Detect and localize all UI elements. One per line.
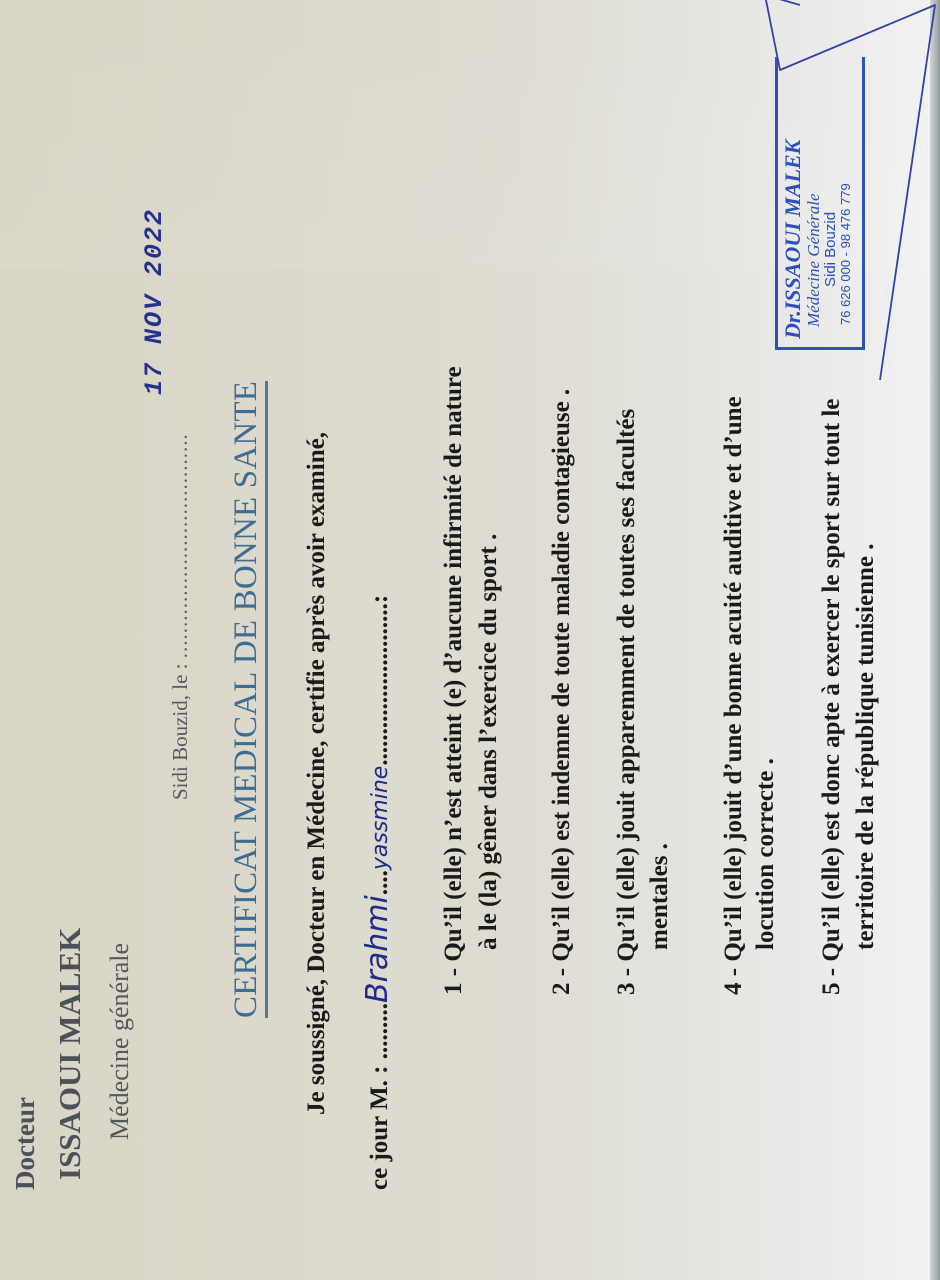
patient-prefix: ce jour M. : <box>366 1066 393 1191</box>
item-1: 1 - Qu’il (elle) n’est atteint (e) d’auc… <box>440 366 468 995</box>
item-text: Qu’il (elle) est donc apte à exercer le … <box>818 399 845 962</box>
patient-trailing: ..........................: <box>366 595 393 766</box>
stamp-phone: 76 626 000 - 98 476 779 <box>838 183 853 325</box>
item-4-continued: locution correcte . <box>752 758 780 950</box>
item-number: 5 - <box>818 968 845 995</box>
place-label: Sidi Bouzid, le : <box>168 664 192 801</box>
certificate-title: CERTIFICAT MEDICAL DE BONNE SANTE <box>228 381 268 1018</box>
patient-line: ce jour M. : .........Brahmi....yassmine… <box>360 595 395 1190</box>
patient-last-name: Brahmi <box>360 895 395 1003</box>
stamp-city: Sidi Bouzid <box>822 212 839 287</box>
handwritten-date: 17 NOV 2022 <box>140 208 169 395</box>
stamp-specialty: Médecine Générale <box>804 193 824 327</box>
item-5: 5 - Qu’il (elle) est donc apte à exercer… <box>818 399 846 995</box>
doctor-specialty: Médecine générale <box>105 943 135 1140</box>
item-1-continued: à le (la) gêner dans l’exercice du sport… <box>475 534 503 950</box>
place-date-line: Sidi Bouzid, le : ......................… <box>168 433 193 800</box>
item-5-continued: territoire de la république tunisienne . <box>852 544 880 950</box>
item-number: 3 - <box>613 968 640 995</box>
item-2: 2 - Qu’il (elle) est indemne de toute ma… <box>548 389 576 995</box>
item-text: Qu’il (elle) jouit apparemment de toutes… <box>613 409 640 962</box>
certificate-page: Docteur ISSAOUI MALEK Médecine générale … <box>0 0 940 1280</box>
stamp-name: Dr.ISSAOUI MALEK <box>780 140 806 339</box>
item-4: 4 - Qu’il (elle) jouit d’une bonne acuit… <box>720 396 748 995</box>
doctor-title: Docteur <box>10 1097 41 1190</box>
patient-mid-dots: .... <box>366 870 393 895</box>
item-text: Qu’il (elle) n’est atteint (e) d’aucune … <box>440 366 467 961</box>
item-number: 4 - <box>720 968 747 995</box>
date-dots: .................................... <box>168 433 192 658</box>
item-3-continued: mentales . <box>646 843 674 950</box>
item-text: Qu’il (elle) est indemne de toute maladi… <box>548 389 575 962</box>
item-3: 3 - Qu’il (elle) jouit apparemment de to… <box>613 409 641 995</box>
item-number: 1 - <box>440 968 467 995</box>
patient-first-name: yassmine <box>368 766 393 870</box>
doctor-stamp: Dr.ISSAOUI MALEK Médecine Générale Sidi … <box>775 57 865 350</box>
item-text: Qu’il (elle) jouit d’une bonne acuité au… <box>720 396 747 961</box>
doctor-name: ISSAOUI MALEK <box>52 928 88 1180</box>
patient-leading-dots: ......... <box>366 1003 393 1059</box>
certificate-intro: Je soussigné, Docteur en Médecine, certi… <box>303 432 331 1115</box>
item-number: 2 - <box>548 968 575 995</box>
